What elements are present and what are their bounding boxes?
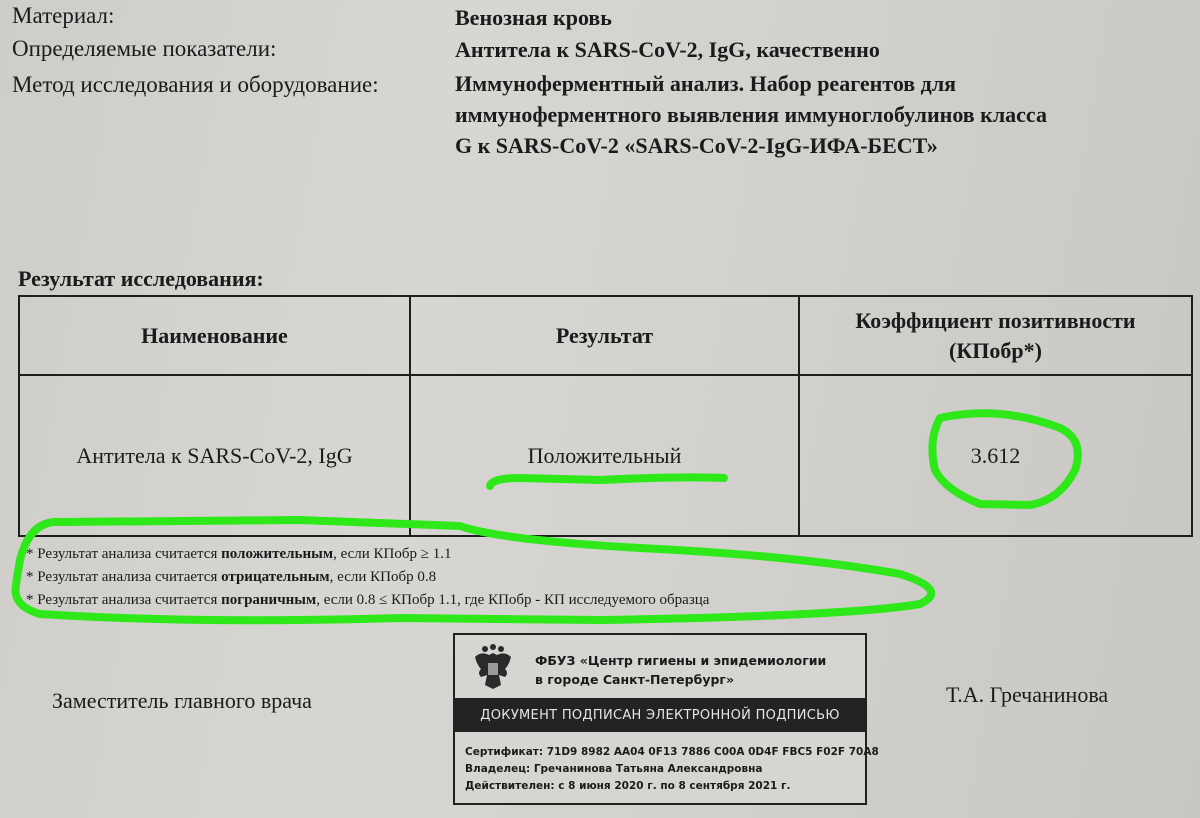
note-negative: * Результат анализа считается отрицатель…	[26, 566, 436, 588]
method-value-line2: иммуноферментного выявления иммуноглобул…	[455, 99, 1047, 130]
results-table: Наименование Результат Коэффициент позит…	[18, 295, 1193, 537]
indicators-value: Антитела к SARS-CoV-2, IgG, качественно	[455, 34, 880, 65]
stamp-signed-banner: ДОКУМЕНТ ПОДПИСАН ЭЛЕКТРОННОЙ ПОДПИСЬЮ	[455, 698, 865, 732]
result-section-title: Результат исследования:	[18, 266, 264, 292]
note-positive: * Результат анализа считается положитель…	[26, 543, 451, 565]
coat-of-arms-icon	[471, 643, 515, 691]
cell-test-name: Антитела к SARS-CoV-2, IgG	[20, 376, 409, 535]
cell-coefficient: 3.612	[800, 376, 1191, 535]
cell-result: Положительный	[411, 376, 798, 535]
column-header-coefficient: Коэффициент позитивности (КПобр*)	[800, 297, 1191, 374]
method-value-line1: Иммуноферментный анализ. Набор реагентов…	[455, 68, 956, 99]
column-header-name: Наименование	[20, 297, 409, 374]
note-borderline: * Результат анализа считается пограничны…	[26, 589, 709, 611]
signer-position: Заместитель главного врача	[52, 688, 312, 714]
signer-name: Т.А. Гречанинова	[946, 682, 1108, 708]
method-value-line3: G к SARS-CoV-2 «SARS-CoV-2-IgG-ИФА-БЕСТ»	[455, 130, 938, 161]
coef-header-line2: (КПобр*)	[949, 336, 1042, 366]
stamp-organization: ФБУЗ «Центр гигиены и эпидемиологии в го…	[535, 651, 826, 689]
indicators-label: Определяемые показатели:	[12, 36, 276, 62]
coef-header-line1: Коэффициент позитивности	[855, 306, 1135, 336]
material-label: Материал:	[12, 3, 114, 29]
column-header-result: Результат	[411, 297, 798, 374]
certificate-validity: Действителен: с 8 июня 2020 г. по 8 сент…	[465, 778, 879, 795]
certificate-number: Сертификат: 71D9 8982 AA04 0F13 7886 C00…	[465, 744, 879, 761]
material-value: Венозная кровь	[455, 2, 612, 33]
electronic-signature-stamp: ФБУЗ «Центр гигиены и эпидемиологии в го…	[453, 633, 867, 805]
stamp-certificate-info: Сертификат: 71D9 8982 AA04 0F13 7886 C00…	[465, 744, 879, 795]
method-label: Метод исследования и оборудование:	[12, 72, 379, 98]
certificate-owner: Владелец: Гречанинова Татьяна Александро…	[465, 761, 879, 778]
